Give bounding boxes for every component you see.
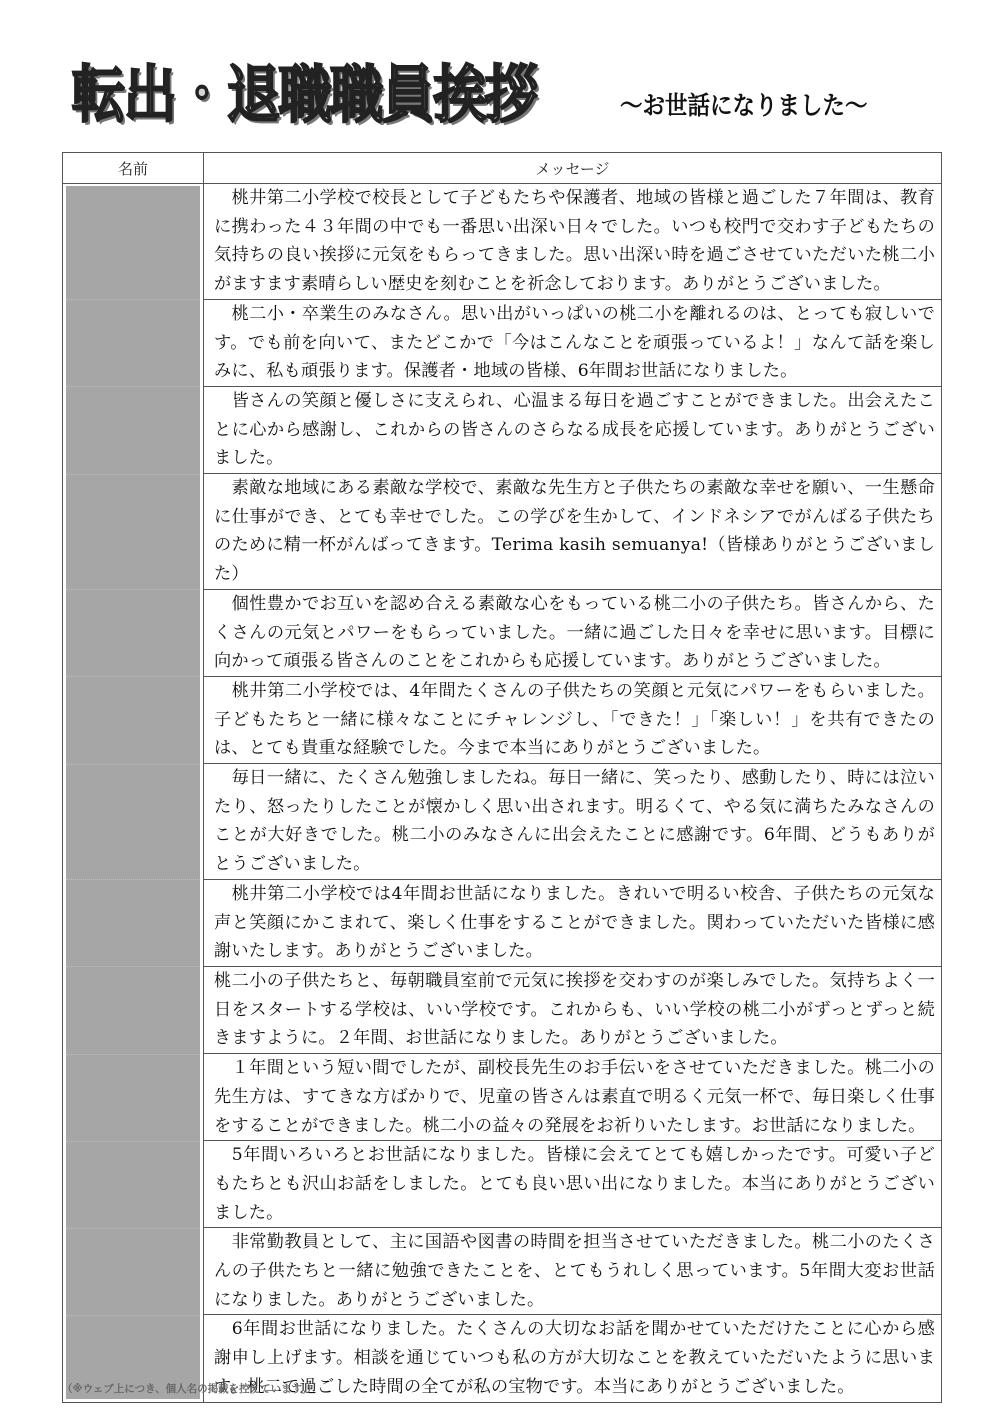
table-row: 桃井第二小学校では、4年間たくさんの子供たちの笑顔と元気にパワーをもらいました。… xyxy=(63,676,942,763)
message-text: 桃井第二小学校では4年間お世話になりました。きれいで明るい校舎、子供たちの元気な… xyxy=(214,880,935,966)
message-text: 桃二小の子供たちと、毎朝職員室前で元気に挨拶を交わすのが楽しみでした。気持ちよく… xyxy=(214,967,935,1053)
redacted-name xyxy=(66,1054,200,1141)
name-cell xyxy=(63,676,204,763)
redacted-name xyxy=(66,299,200,386)
page-title: 転出・退職職員挨拶 xyxy=(72,52,536,138)
message-text: 素敵な地域にある素敵な学校で、素敵な先生方と子供たちの素敵な幸せを願い、一生懸命… xyxy=(214,474,935,589)
privacy-footnote: （※ウェブ上につき、個人名の掲載を控えています。） xyxy=(62,1381,317,1396)
table-row: 毎日一緒に、たくさん勉強しましたね。毎日一緒に、笑ったり、感動したり、時には泣い… xyxy=(63,764,942,880)
table-row: 個性豊かでお互いを認め合える素敵な心をもっている桃二小の子供たち。皆さんから、た… xyxy=(63,589,942,676)
redacted-name xyxy=(66,1228,200,1315)
redacted-name xyxy=(66,676,200,763)
table-row: 皆さんの笑顔と優しさに支えられ、心温まる毎日を過ごすことができました。出会えたこ… xyxy=(63,386,942,473)
message-text: 個性豊かでお互いを認め合える素敵な心をもっている桃二小の子供たち。皆さんから、た… xyxy=(214,590,935,676)
name-cell xyxy=(63,966,204,1053)
table-row: 非常勤教員として、主に国語や図書の時間を担当させていただきました。桃二小のたくさ… xyxy=(63,1228,942,1315)
message-cell: 桃井第二小学校では4年間お世話になりました。きれいで明るい校舎、子供たちの元気な… xyxy=(204,879,942,966)
message-cell: 非常勤教員として、主に国語や図書の時間を担当させていただきました。桃二小のたくさ… xyxy=(204,1228,942,1315)
name-cell xyxy=(63,474,204,590)
name-cell xyxy=(63,879,204,966)
name-cell xyxy=(63,1054,204,1141)
message-text: １年間という短い間でしたが、副校長先生のお手伝いをさせていただきました。桃二小の… xyxy=(214,1054,935,1140)
redacted-name xyxy=(66,186,200,299)
message-cell: 桃二小の子供たちと、毎朝職員室前で元気に挨拶を交わすのが楽しみでした。気持ちよく… xyxy=(204,966,942,1053)
message-cell: 皆さんの笑顔と優しさに支えられ、心温まる毎日を過ごすことができました。出会えたこ… xyxy=(204,386,942,473)
redacted-name xyxy=(66,474,200,590)
table-row: １年間という短い間でしたが、副校長先生のお手伝いをさせていただきました。桃二小の… xyxy=(63,1054,942,1141)
message-cell: 桃井第二小学校で校長として子どもたちや保護者、地域の皆様と過ごした７年間は、教育… xyxy=(204,184,942,300)
page-subtitle: 〜お世話になりました〜 xyxy=(620,88,868,124)
redacted-name xyxy=(66,589,200,676)
table-header-row: 名前 メッセージ xyxy=(63,153,942,184)
table-row: 桃井第二小学校で校長として子どもたちや保護者、地域の皆様と過ごした７年間は、教育… xyxy=(63,184,942,300)
message-cell: 個性豊かでお互いを認め合える素敵な心をもっている桃二小の子供たち。皆さんから、た… xyxy=(204,589,942,676)
message-cell: 5年間いろいろとお世話になりました。皆様に会えてとても嬉しかったです。可愛い子ど… xyxy=(204,1141,942,1228)
redacted-name xyxy=(66,1141,200,1228)
redacted-name xyxy=(66,966,200,1053)
message-cell: 毎日一緒に、たくさん勉強しましたね。毎日一緒に、笑ったり、感動したり、時には泣い… xyxy=(204,764,942,880)
redacted-name xyxy=(66,764,200,880)
table-row: 桃二小の子供たちと、毎朝職員室前で元気に挨拶を交わすのが楽しみでした。気持ちよく… xyxy=(63,966,942,1053)
message-text: 桃二小・卒業生のみなさん。思い出がいっぱいの桃二小を離れるのは、とっても寂しいで… xyxy=(214,300,935,386)
name-cell xyxy=(63,184,204,300)
message-text: 桃井第二小学校で校長として子どもたちや保護者、地域の皆様と過ごした７年間は、教育… xyxy=(214,184,935,299)
name-cell xyxy=(63,386,204,473)
redacted-name xyxy=(66,879,200,966)
message-cell: １年間という短い間でしたが、副校長先生のお手伝いをさせていただきました。桃二小の… xyxy=(204,1054,942,1141)
page-header: 転出・退職職員挨拶 〜お世話になりました〜 xyxy=(72,52,972,142)
message-cell: 桃井第二小学校では、4年間たくさんの子供たちの笑顔と元気にパワーをもらいました。… xyxy=(204,676,942,763)
table-row: 桃井第二小学校では4年間お世話になりました。きれいで明るい校舎、子供たちの元気な… xyxy=(63,879,942,966)
redacted-name xyxy=(66,386,200,473)
name-cell xyxy=(63,1228,204,1315)
message-text: 6年間お世話になりました。たくさんの大切なお話を聞かせていただけたことに心から感… xyxy=(214,1315,935,1401)
name-cell xyxy=(63,764,204,880)
name-cell xyxy=(63,589,204,676)
message-table: 名前 メッセージ 桃井第二小学校で校長として子どもたちや保護者、地域の皆様と過ご… xyxy=(62,152,942,1403)
message-text: 毎日一緒に、たくさん勉強しましたね。毎日一緒に、笑ったり、感動したり、時には泣い… xyxy=(214,764,935,879)
table-row: 素敵な地域にある素敵な学校で、素敵な先生方と子供たちの素敵な幸せを願い、一生懸命… xyxy=(63,474,942,590)
message-text: 非常勤教員として、主に国語や図書の時間を担当させていただきました。桃二小のたくさ… xyxy=(214,1228,935,1314)
message-text: 桃井第二小学校では、4年間たくさんの子供たちの笑顔と元気にパワーをもらいました。… xyxy=(214,677,935,763)
column-header-name: 名前 xyxy=(63,153,204,184)
name-cell xyxy=(63,299,204,386)
message-cell: 桃二小・卒業生のみなさん。思い出がいっぱいの桃二小を離れるのは、とっても寂しいで… xyxy=(204,299,942,386)
table-row: 5年間いろいろとお世話になりました。皆様に会えてとても嬉しかったです。可愛い子ど… xyxy=(63,1141,942,1228)
column-header-message: メッセージ xyxy=(204,153,942,184)
message-text: 皆さんの笑顔と優しさに支えられ、心温まる毎日を過ごすことができました。出会えたこ… xyxy=(214,387,935,473)
message-text: 5年間いろいろとお世話になりました。皆様に会えてとても嬉しかったです。可愛い子ど… xyxy=(214,1141,935,1227)
name-cell xyxy=(63,1141,204,1228)
table-body: 桃井第二小学校で校長として子どもたちや保護者、地域の皆様と過ごした７年間は、教育… xyxy=(63,184,942,1403)
message-cell: 素敵な地域にある素敵な学校で、素敵な先生方と子供たちの素敵な幸せを願い、一生懸命… xyxy=(204,474,942,590)
table-row: 桃二小・卒業生のみなさん。思い出がいっぱいの桃二小を離れるのは、とっても寂しいで… xyxy=(63,299,942,386)
